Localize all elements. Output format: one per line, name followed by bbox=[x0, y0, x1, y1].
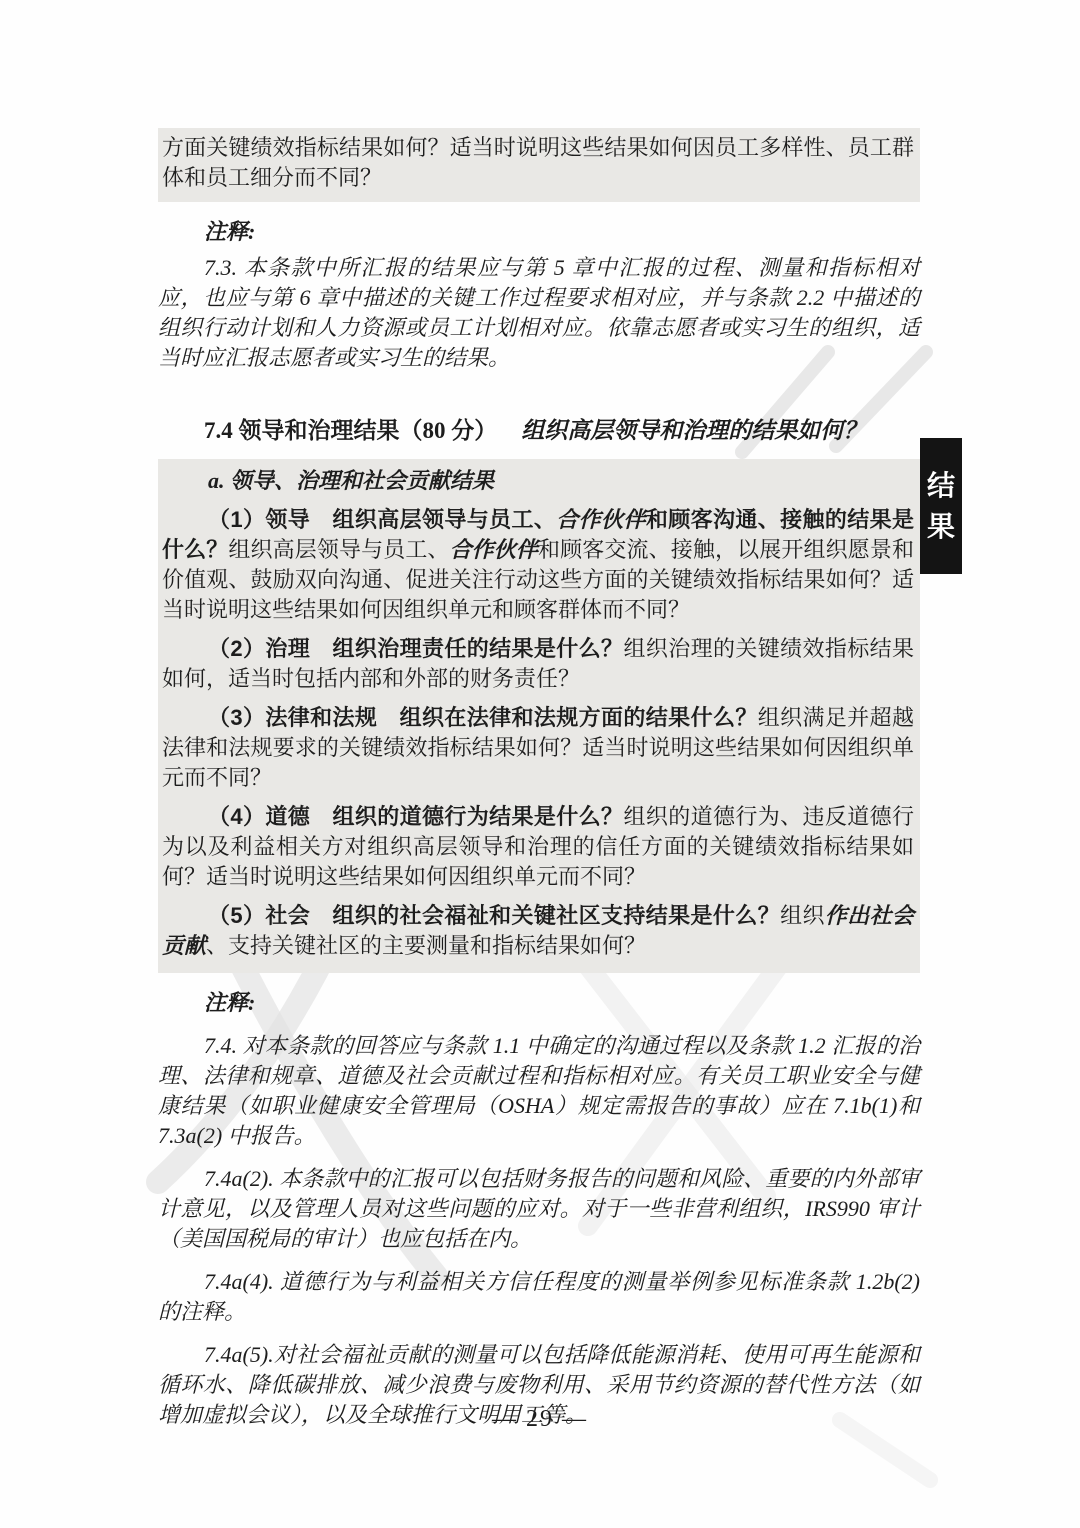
tab-char: 果 bbox=[927, 513, 955, 541]
item-7-4-heading: 7.4 领导和治理结果（80 分）组织高层领导和治理的结果如何？ bbox=[158, 416, 920, 446]
question-5-society: （5）社会 组织的社会福祉和关键社区支持结果是什么？组织作出社会贡献、支持关键社… bbox=[162, 901, 914, 961]
question-3-lead: （3）法律和法规 组织在法律和法规方面的结果什么？ bbox=[208, 705, 758, 730]
body-text: 组织 bbox=[780, 903, 825, 928]
question-2-governance: （2）治理 组织治理责任的结果是什么？组织治理的关键绩效指标结果如何，适当时包括… bbox=[162, 634, 914, 694]
note-74a4-paragraph: 7.4a(4). 道德行为与利益相关方信任程度的测量举例参见标准条款 1.2b(… bbox=[158, 1267, 920, 1327]
notes-74-label: 注释: bbox=[158, 988, 920, 1018]
page-content: 方面关键绩效指标结果如何？适当时说明这些结果如何因员工多样性、员工群体和员工细分… bbox=[158, 128, 920, 1430]
body-text: 、支持关键社区的主要测量和指标结果如何？ bbox=[206, 933, 646, 958]
question-1-leadership: （1）领导 组织高层领导与员工、合作伙伴和顾客沟通、接触的结果是什么？组织高层领… bbox=[162, 505, 914, 625]
chapter-tab-results: 结果 bbox=[920, 438, 962, 574]
question-5-lead: （5）社会 组织的社会福祉和关键社区支持结果是什么？ bbox=[208, 903, 780, 928]
note-73-paragraph: 7.3. 本条款中所汇报的结果应与第 5 章中汇报的过程、测量和指标相对应，也应… bbox=[158, 253, 920, 373]
item-7-4-number-title: 7.4 领导和治理结果（80 分） bbox=[204, 418, 497, 443]
notes-73-label: 注释: bbox=[158, 217, 920, 247]
page-number: — 29 — bbox=[0, 1406, 1080, 1433]
area-a-title: a. 领导、治理和社会贡献结果 bbox=[162, 466, 914, 496]
body-emphasis: 合作伙伴 bbox=[450, 537, 538, 562]
lead-text: （1）领导 组织高层领导与员工、 bbox=[208, 507, 556, 532]
question-2-lead: （2）治理 组织治理责任的结果是什么？ bbox=[208, 636, 623, 661]
body-text: 组织高层领导与员工、 bbox=[228, 537, 449, 562]
question-3-law-regulation: （3）法律和法规 组织在法律和法规方面的结果什么？组织满足并超越法律和法规要求的… bbox=[162, 703, 914, 793]
note-74a2-paragraph: 7.4a(2). 本条款中的汇报可以包括财务报告的问题和风险、重要的内外部审计意… bbox=[158, 1164, 920, 1254]
document-page: 方面关键绩效指标结果如何？适当时说明这些结果如何因员工多样性、员工群体和员工细分… bbox=[0, 0, 1080, 1528]
question-4-lead: （4）道德 组织的道德行为结果是什么？ bbox=[208, 804, 623, 829]
area-a-highlight-box: a. 领导、治理和社会贡献结果 （1）领导 组织高层领导与员工、合作伙伴和顾客沟… bbox=[158, 459, 920, 973]
note-74-paragraph: 7.4. 对本条款的回答应与条款 1.1 中确定的沟通过程以及条款 1.2 汇报… bbox=[158, 1031, 920, 1151]
lead-emphasis: 合作伙伴 bbox=[556, 507, 646, 532]
item-7-4-overall-question: 组织高层领导和治理的结果如何？ bbox=[521, 418, 866, 443]
tab-char: 结 bbox=[927, 472, 955, 500]
question-4-ethics: （4）道德 组织的道德行为结果是什么？组织的道德行为、违反道德行为以及利益相关方… bbox=[162, 802, 914, 892]
carryover-question-highlight: 方面关键绩效指标结果如何？适当时说明这些结果如何因员工多样性、员工群体和员工细分… bbox=[158, 128, 920, 202]
